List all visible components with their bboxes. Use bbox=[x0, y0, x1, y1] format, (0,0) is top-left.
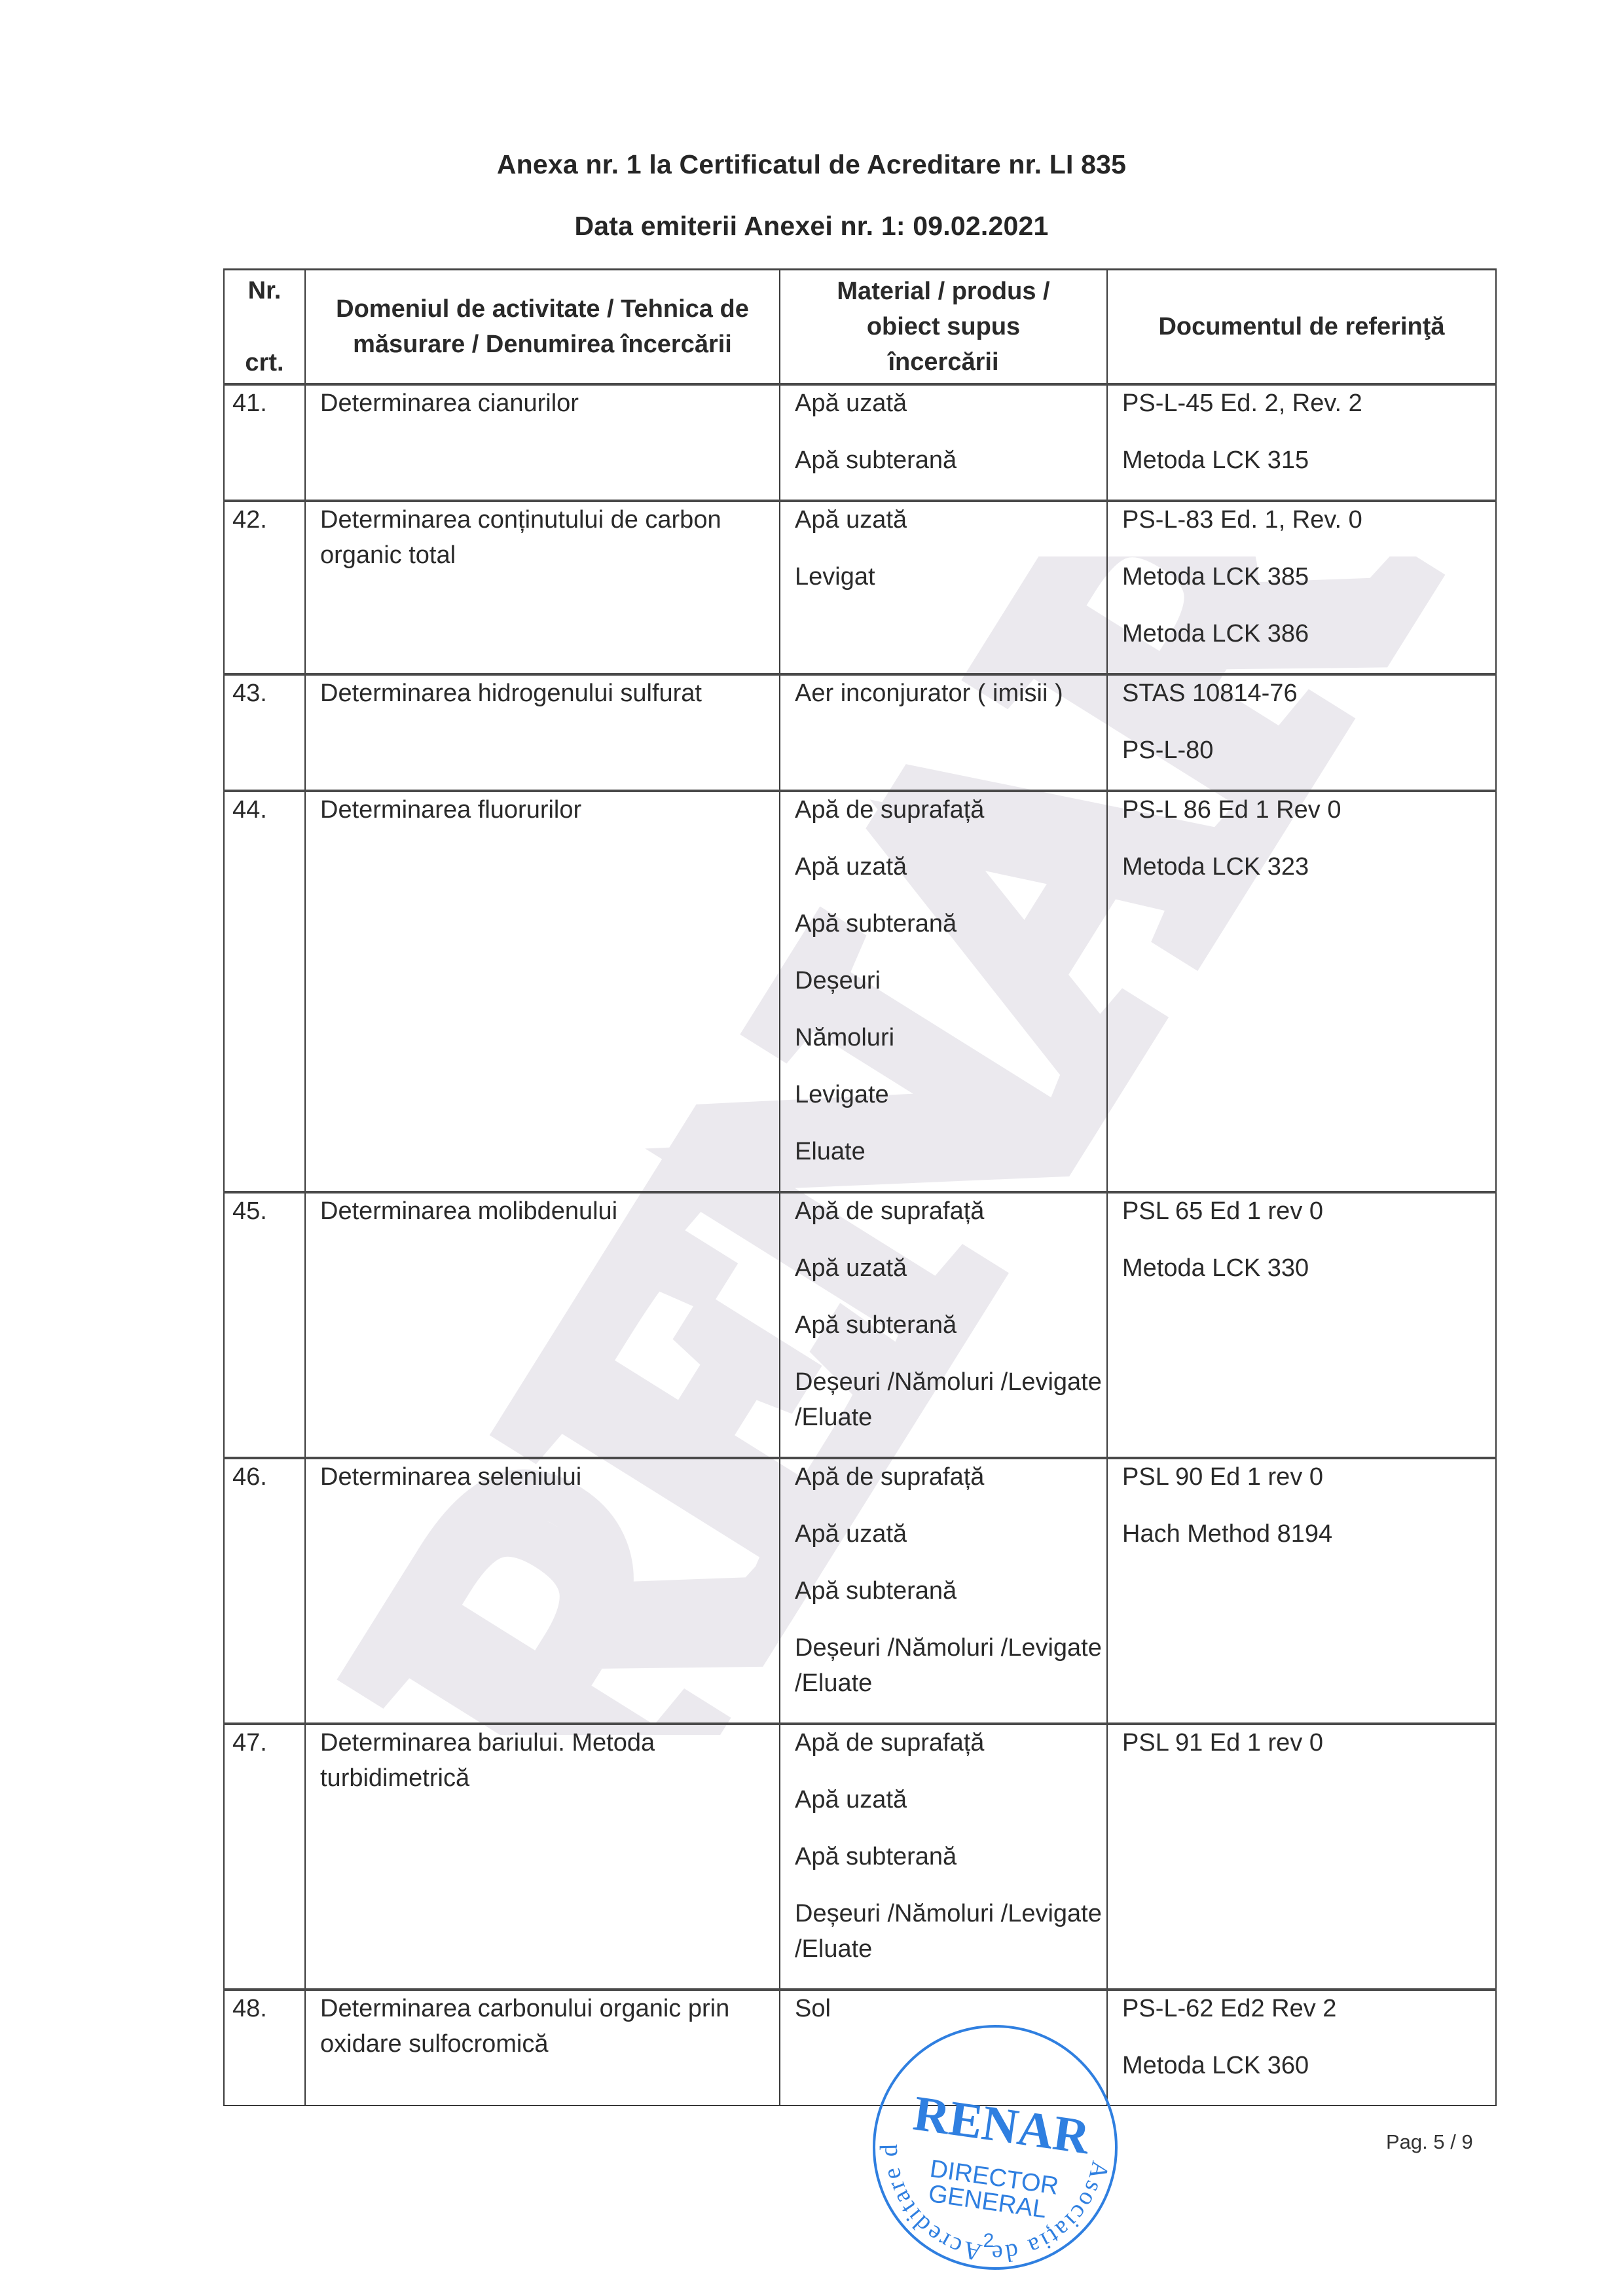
row-number: 45. bbox=[224, 1192, 305, 1458]
table-row: 43.Determinarea hidrogenului sulfuratAer… bbox=[224, 674, 1496, 791]
reference-item: Hach Method 8194 bbox=[1122, 1516, 1495, 1552]
table-row: 46.Determinarea seleniuluiApă de suprafa… bbox=[224, 1458, 1496, 1724]
reference-item: PS-L 86 Ed 1 Rev 0 bbox=[1122, 792, 1495, 828]
material-item: Apă de suprafață bbox=[795, 792, 1106, 828]
material-item: Apă de suprafață bbox=[795, 1725, 1106, 1760]
reference-item: PSL 91 Ed 1 rev 0 bbox=[1122, 1725, 1495, 1760]
reference-item: PS-L-83 Ed. 1, Rev. 0 bbox=[1122, 502, 1495, 538]
annex-title: Anexa nr. 1 la Certificatul de Acreditar… bbox=[0, 149, 1623, 180]
reference-item: PS-L-62 Ed2 Rev 2 bbox=[1122, 1991, 1495, 2026]
material-item: Nămoluri bbox=[795, 1020, 1106, 1055]
material-item: Apă uzată bbox=[795, 1782, 1106, 1817]
table-row: 45.Determinarea molibdenuluiApă de supra… bbox=[224, 1192, 1496, 1458]
column-header-material: Material / produs / obiect supus încercă… bbox=[780, 270, 1107, 384]
svg-text:RENAR: RENAR bbox=[910, 2086, 1093, 2165]
row-number: 47. bbox=[224, 1724, 305, 1990]
reference-item: PSL 90 Ed 1 rev 0 bbox=[1122, 1459, 1495, 1495]
reference-documents: PSL 90 Ed 1 rev 0Hach Method 8194 bbox=[1107, 1458, 1496, 1724]
material-item: Levigate bbox=[795, 1077, 1106, 1112]
svg-text:2: 2 bbox=[983, 2230, 994, 2251]
test-domain: Determinarea hidrogenului sulfurat bbox=[305, 674, 780, 791]
test-domain: Determinarea conținutului de carbon orga… bbox=[305, 501, 780, 674]
test-domain: Determinarea cianurilor bbox=[305, 384, 780, 501]
row-number: 48. bbox=[224, 1990, 305, 2105]
column-header-reference: Documentul de referinţă bbox=[1107, 270, 1496, 384]
row-number: 46. bbox=[224, 1458, 305, 1724]
material-item: Deșeuri /Nămoluri /Levigate /Eluate bbox=[795, 1630, 1106, 1701]
material-item: Apă subterană bbox=[795, 906, 1106, 941]
test-materials: Apă uzatăLevigat bbox=[780, 501, 1107, 674]
reference-documents: PSL 65 Ed 1 rev 0Metoda LCK 330 bbox=[1107, 1192, 1496, 1458]
reference-item: PS-L-45 Ed. 2, Rev. 2 bbox=[1122, 386, 1495, 421]
reference-documents: PS-L-45 Ed. 2, Rev. 2Metoda LCK 315 bbox=[1107, 384, 1496, 501]
material-item: Deșeuri /Nămoluri /Levigate /Eluate bbox=[795, 1364, 1106, 1435]
reference-documents: PS-L-62 Ed2 Rev 2Metoda LCK 360 bbox=[1107, 1990, 1496, 2105]
table-row: 44.Determinarea fluorurilorApă de supraf… bbox=[224, 791, 1496, 1192]
material-item: Deșeuri /Nămoluri /Levigate /Eluate bbox=[795, 1896, 1106, 1967]
table-row: 47.Determinarea bariului. Metoda turbidi… bbox=[224, 1724, 1496, 1990]
page-number: Pag. 5 / 9 bbox=[1386, 2130, 1473, 2154]
material-item: Apă subterană bbox=[795, 1573, 1106, 1609]
row-number: 42. bbox=[224, 501, 305, 674]
test-materials: Apă uzatăApă subterană bbox=[780, 384, 1107, 501]
reference-documents: PS-L 86 Ed 1 Rev 0Metoda LCK 323 bbox=[1107, 791, 1496, 1192]
reference-item: PS-L-80 bbox=[1122, 733, 1495, 768]
reference-item: Metoda LCK 386 bbox=[1122, 616, 1495, 651]
accreditation-table: Nr. crt. Domeniul de activitate / Tehnic… bbox=[223, 268, 1497, 2106]
test-domain: Determinarea bariului. Metoda turbidimet… bbox=[305, 1724, 780, 1990]
material-item: Apă uzată bbox=[795, 502, 1106, 538]
material-item: Apă subterană bbox=[795, 1307, 1106, 1343]
material-item: Apă subterană bbox=[795, 1839, 1106, 1874]
renar-stamp: Asociația de Acreditare din România RENA… bbox=[864, 2016, 1126, 2278]
reference-item: Metoda LCK 360 bbox=[1122, 2048, 1495, 2083]
row-number: 43. bbox=[224, 674, 305, 791]
test-materials: Apă de suprafațăApă uzatăApă subteranăDe… bbox=[780, 791, 1107, 1192]
material-item: Eluate bbox=[795, 1134, 1106, 1169]
material-item: Apă subterană bbox=[795, 443, 1106, 478]
test-materials: Apă de suprafațăApă uzatăApă subteranăDe… bbox=[780, 1724, 1107, 1990]
test-domain: Determinarea seleniului bbox=[305, 1458, 780, 1724]
material-item: Apă de suprafață bbox=[795, 1194, 1106, 1229]
test-materials: Apă de suprafațăApă uzatăApă subteranăDe… bbox=[780, 1192, 1107, 1458]
row-number: 44. bbox=[224, 791, 305, 1192]
material-item: Apă uzată bbox=[795, 849, 1106, 884]
material-item: Apă uzată bbox=[795, 1516, 1106, 1552]
row-number: 41. bbox=[224, 384, 305, 501]
table-row: 41.Determinarea cianurilorApă uzatăApă s… bbox=[224, 384, 1496, 501]
test-domain: Determinarea carbonului organic prin oxi… bbox=[305, 1990, 780, 2105]
reference-documents: PSL 91 Ed 1 rev 0 bbox=[1107, 1724, 1496, 1990]
reference-item: Metoda LCK 330 bbox=[1122, 1250, 1495, 1286]
annex-issue-date: Data emiterii Anexei nr. 1: 09.02.2021 bbox=[0, 211, 1623, 242]
reference-documents: STAS 10814-76PS-L-80 bbox=[1107, 674, 1496, 791]
reference-documents: PS-L-83 Ed. 1, Rev. 0Metoda LCK 385Metod… bbox=[1107, 501, 1496, 674]
material-item: Levigat bbox=[795, 559, 1106, 594]
reference-item: PSL 65 Ed 1 rev 0 bbox=[1122, 1194, 1495, 1229]
reference-item: Metoda LCK 385 bbox=[1122, 559, 1495, 594]
test-materials: Aer inconjurator ( imisii ) bbox=[780, 674, 1107, 791]
column-header-domain: Domeniul de activitate / Tehnica de măsu… bbox=[305, 270, 780, 384]
reference-item: STAS 10814-76 bbox=[1122, 676, 1495, 711]
reference-item: Metoda LCK 323 bbox=[1122, 849, 1495, 884]
test-domain: Determinarea fluorurilor bbox=[305, 791, 780, 1192]
reference-item: Metoda LCK 315 bbox=[1122, 443, 1495, 478]
test-materials: Apă de suprafațăApă uzatăApă subteranăDe… bbox=[780, 1458, 1107, 1724]
table-row: 48.Determinarea carbonului organic prin … bbox=[224, 1990, 1496, 2105]
material-item: Deșeuri bbox=[795, 963, 1106, 998]
test-domain: Determinarea molibdenului bbox=[305, 1192, 780, 1458]
material-item: Aer inconjurator ( imisii ) bbox=[795, 676, 1106, 711]
material-item: Apă uzată bbox=[795, 386, 1106, 421]
table-row: 42.Determinarea conținutului de carbon o… bbox=[224, 501, 1496, 674]
material-item: Apă uzată bbox=[795, 1250, 1106, 1286]
column-header-nr: Nr. crt. bbox=[224, 270, 305, 384]
material-item: Apă de suprafață bbox=[795, 1459, 1106, 1495]
